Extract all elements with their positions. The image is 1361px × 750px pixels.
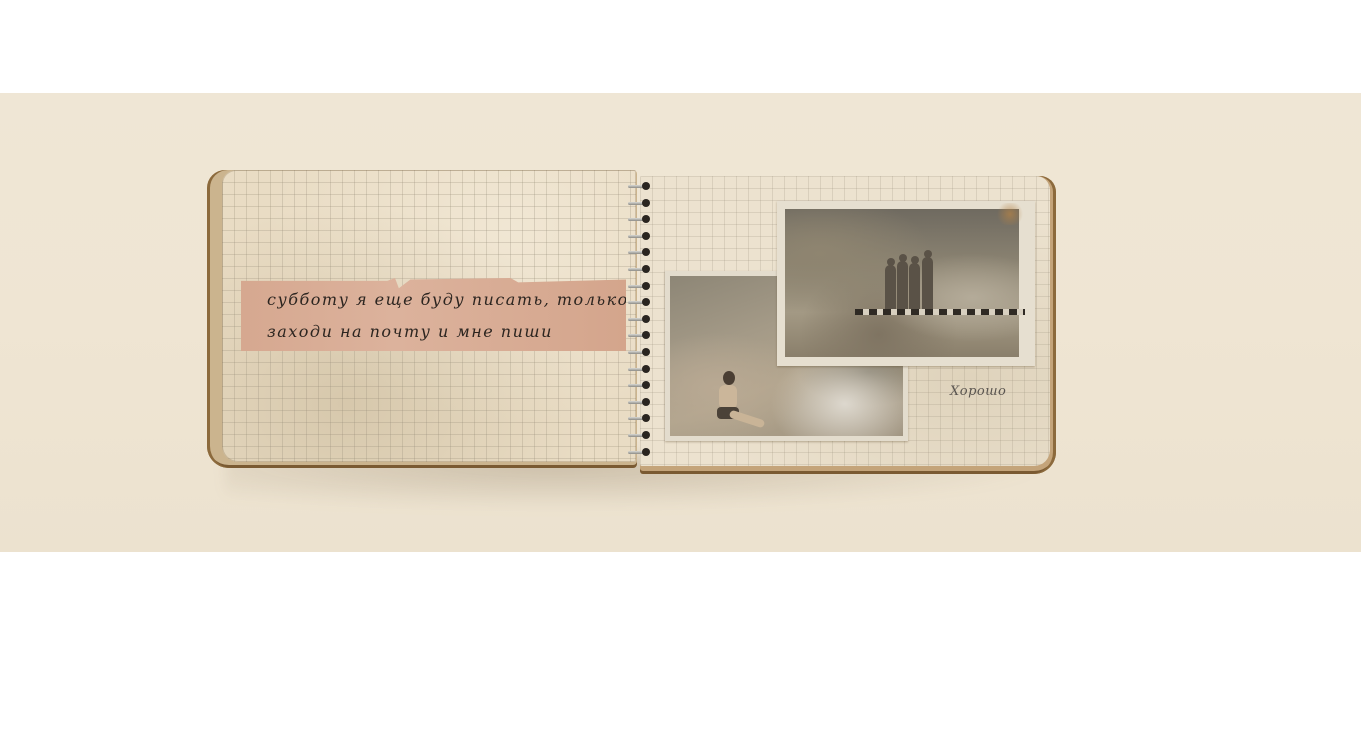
spiral-coil [626, 248, 652, 256]
spiral-coil [626, 282, 652, 290]
spiral-coil [626, 431, 652, 439]
spiral-coil [626, 331, 652, 339]
spiral-coil [626, 265, 652, 273]
note-line-1: субботу я еще буду писать, только [267, 290, 629, 309]
spiral-coil [626, 365, 652, 373]
spiral-binding [626, 178, 656, 468]
spiral-coil [626, 398, 652, 406]
photo-rocks [777, 201, 1035, 366]
spiral-coil [626, 348, 652, 356]
pencil-caption: Хорошо [950, 384, 1006, 399]
group-figures [885, 257, 935, 315]
spiral-coil [626, 448, 652, 456]
spiral-coil [626, 215, 652, 223]
spiral-coil [626, 182, 652, 190]
plank-bridge [855, 309, 1025, 315]
spiral-coil [626, 315, 652, 323]
spiral-coil [626, 298, 652, 306]
rocks-photo-image [785, 209, 1019, 357]
handwritten-note: субботу я еще буду писать, только заходи… [241, 278, 626, 351]
seated-man-figure [715, 371, 745, 431]
spiral-coil [626, 199, 652, 207]
spiral-coil [626, 414, 652, 422]
spiral-coil [626, 232, 652, 240]
water-stain [995, 203, 1025, 225]
spiral-coil [626, 381, 652, 389]
note-line-2: заходи на почту и мне пиши [267, 322, 553, 341]
